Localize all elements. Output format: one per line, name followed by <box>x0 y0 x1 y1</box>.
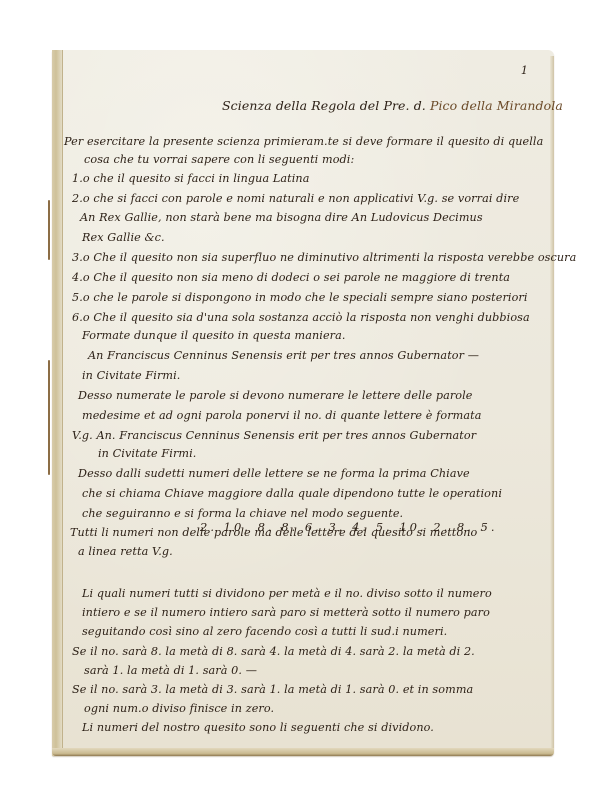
manuscript-line: Formate dunque il quesito in questa mani… <box>82 330 346 341</box>
manuscript-title: Scienza della Regola del Pre. d. Pico de… <box>222 98 563 113</box>
manuscript-line: che seguiranno e si forma la chiave nel … <box>82 508 403 519</box>
manuscript-line: Desso dalli sudetti numeri delle lettere… <box>78 468 470 479</box>
page-right-edge <box>550 56 554 750</box>
manuscript-line: medesime et ad ogni parola ponervi il no… <box>82 410 482 421</box>
folio-number: 1 <box>521 64 528 77</box>
manuscript-line: cosa che tu vorrai sapere con li seguent… <box>84 154 354 165</box>
binding-stitch <box>48 200 50 260</box>
manuscript-line: Li quali numeri tutti si dividono per me… <box>82 588 492 599</box>
manuscript-line: 3.o Che il quesito non sia superfluo ne … <box>72 252 576 263</box>
manuscript-line: 2.o che si facci con parole e nomi natur… <box>72 193 519 204</box>
manuscript-line: in Civitate Firmi. <box>82 370 180 381</box>
manuscript-line: Per esercitare la presente scienza primi… <box>64 136 543 147</box>
manuscript-line: 4.o Che il quesito non sia meno di dodec… <box>72 272 510 283</box>
manuscript-line: An Rex Gallie, non starà bene ma bisogna… <box>80 212 483 223</box>
manuscript-line: che si chiama Chiave maggiore dalla qual… <box>82 488 502 499</box>
binding-stitch <box>48 360 50 475</box>
manuscript-line: 5.o che le parole si dispongono in modo … <box>72 292 528 303</box>
page-binding-edge <box>52 50 63 756</box>
title-faded: Pico della Mirandola <box>430 98 563 113</box>
manuscript-line: Se il no. sarà 3. la metà di 3. sarà 1. … <box>72 684 473 695</box>
manuscript-line: Se il no. sarà 8. la metà di 8. sarà 4. … <box>72 646 475 657</box>
manuscript-line: in Civitate Firmi. <box>98 448 196 459</box>
manuscript-line: ogni num.o diviso finisce in zero. <box>84 703 274 714</box>
manuscript-line: sarà 1. la metà di 1. sarà 0. — <box>84 665 257 676</box>
manuscript-line: 6.o Che il quesito sia d'una sola sostan… <box>72 312 530 323</box>
manuscript-page-container: 1 Scienza della Regola del Pre. d. Pico … <box>52 50 554 756</box>
manuscript-line: Li numeri del nostro quesito sono li seg… <box>82 722 434 733</box>
manuscript-line: a linea retta V.g. <box>78 546 173 557</box>
title-main: Scienza della Regola del Pre. d. <box>222 98 430 113</box>
manuscript-line: Desso numerate le parole si devono numer… <box>78 390 473 401</box>
manuscript-line: 1.o che il quesito si facci in lingua La… <box>72 173 310 184</box>
manuscript-line: seguitando così sino al zero facendo cos… <box>82 626 447 637</box>
manuscript-line: Rex Gallie &c. <box>82 232 165 243</box>
page-bottom-edge <box>52 748 554 756</box>
numbers-row: 2. 10. 8. 8. 6. 3. 4. 5. 10. 2. 8. 5. <box>200 520 498 534</box>
manuscript-line: intiero e se il numero intiero sarà paro… <box>82 607 490 618</box>
manuscript-page: 1 Scienza della Regola del Pre. d. Pico … <box>52 50 554 756</box>
manuscript-line: V.g. An. Franciscus Cenninus Senensis er… <box>72 430 476 441</box>
manuscript-line: An Franciscus Cenninus Senensis erit per… <box>88 350 479 361</box>
